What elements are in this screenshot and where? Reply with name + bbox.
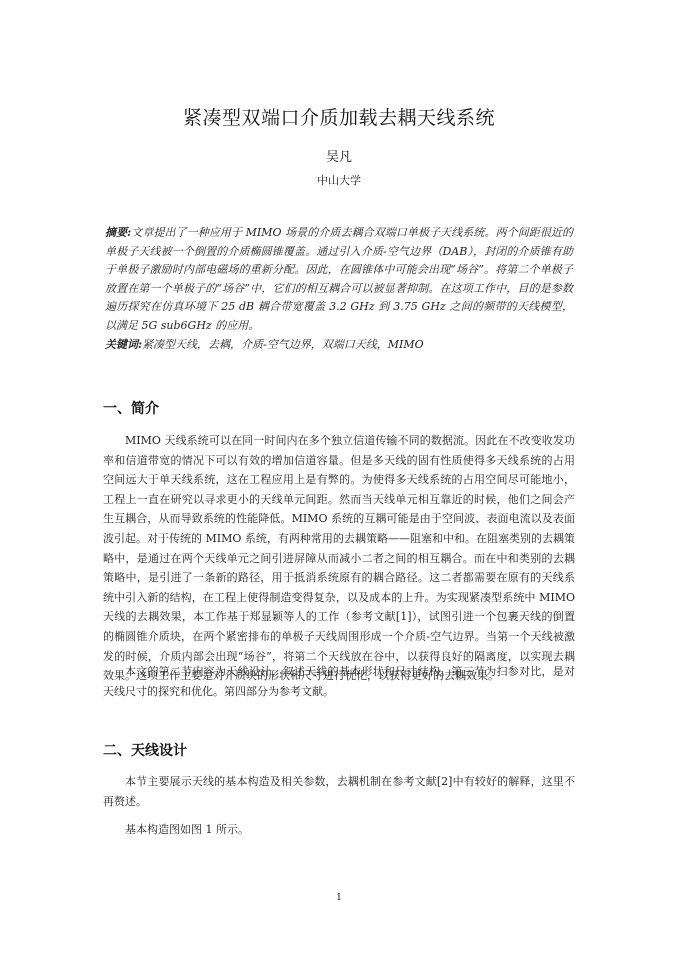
intro-paragraph-2: 本文的第二节内容为天线设计，叙述天线的基本形状和尺寸结构。第三节为扫参对比，是对…	[103, 662, 575, 701]
author-affiliation: 中山大学	[0, 172, 678, 188]
author-name: 吴凡	[0, 146, 678, 165]
keywords-text: 紧凑型天线，去耦，介质-空气边界，双端口天线，MIMO	[142, 338, 424, 351]
abstract-label: 摘要:	[105, 226, 131, 239]
section-heading-intro: 一、简介	[103, 398, 159, 418]
intro-paragraph-1: MIMO 天线系统可以在同一时间内在多个独立信道传输不同的数据流。因此在不改变收…	[103, 431, 575, 686]
abstract-text: 文章提出了一种应用于 MIMO 场景的介质去耦合双端口单极子天线系统。两个间距很…	[105, 226, 573, 332]
design-paragraph-2: 基本构造图如图 1 所示。	[103, 820, 575, 840]
keywords: 关键词:紧凑型天线，去耦，介质-空气边界，双端口天线，MIMO	[105, 336, 573, 352]
document-page: 紧凑型双端口介质加载去耦天线系统 吴凡 中山大学 摘要:文章提出了一种应用于 M…	[0, 0, 678, 960]
keywords-label: 关键词:	[105, 338, 142, 351]
abstract: 摘要:文章提出了一种应用于 MIMO 场景的介质去耦合双端口单极子天线系统。两个…	[105, 224, 573, 335]
page-number: 1	[0, 893, 678, 903]
section-heading-antenna-design: 二、天线设计	[103, 740, 187, 760]
paper-title: 紧凑型双端口介质加载去耦天线系统	[0, 103, 678, 130]
design-paragraph-1: 本节主要展示天线的基本构造及相关参数，去耦机制在参考文献[2]中有较好的解释，这…	[103, 772, 575, 811]
